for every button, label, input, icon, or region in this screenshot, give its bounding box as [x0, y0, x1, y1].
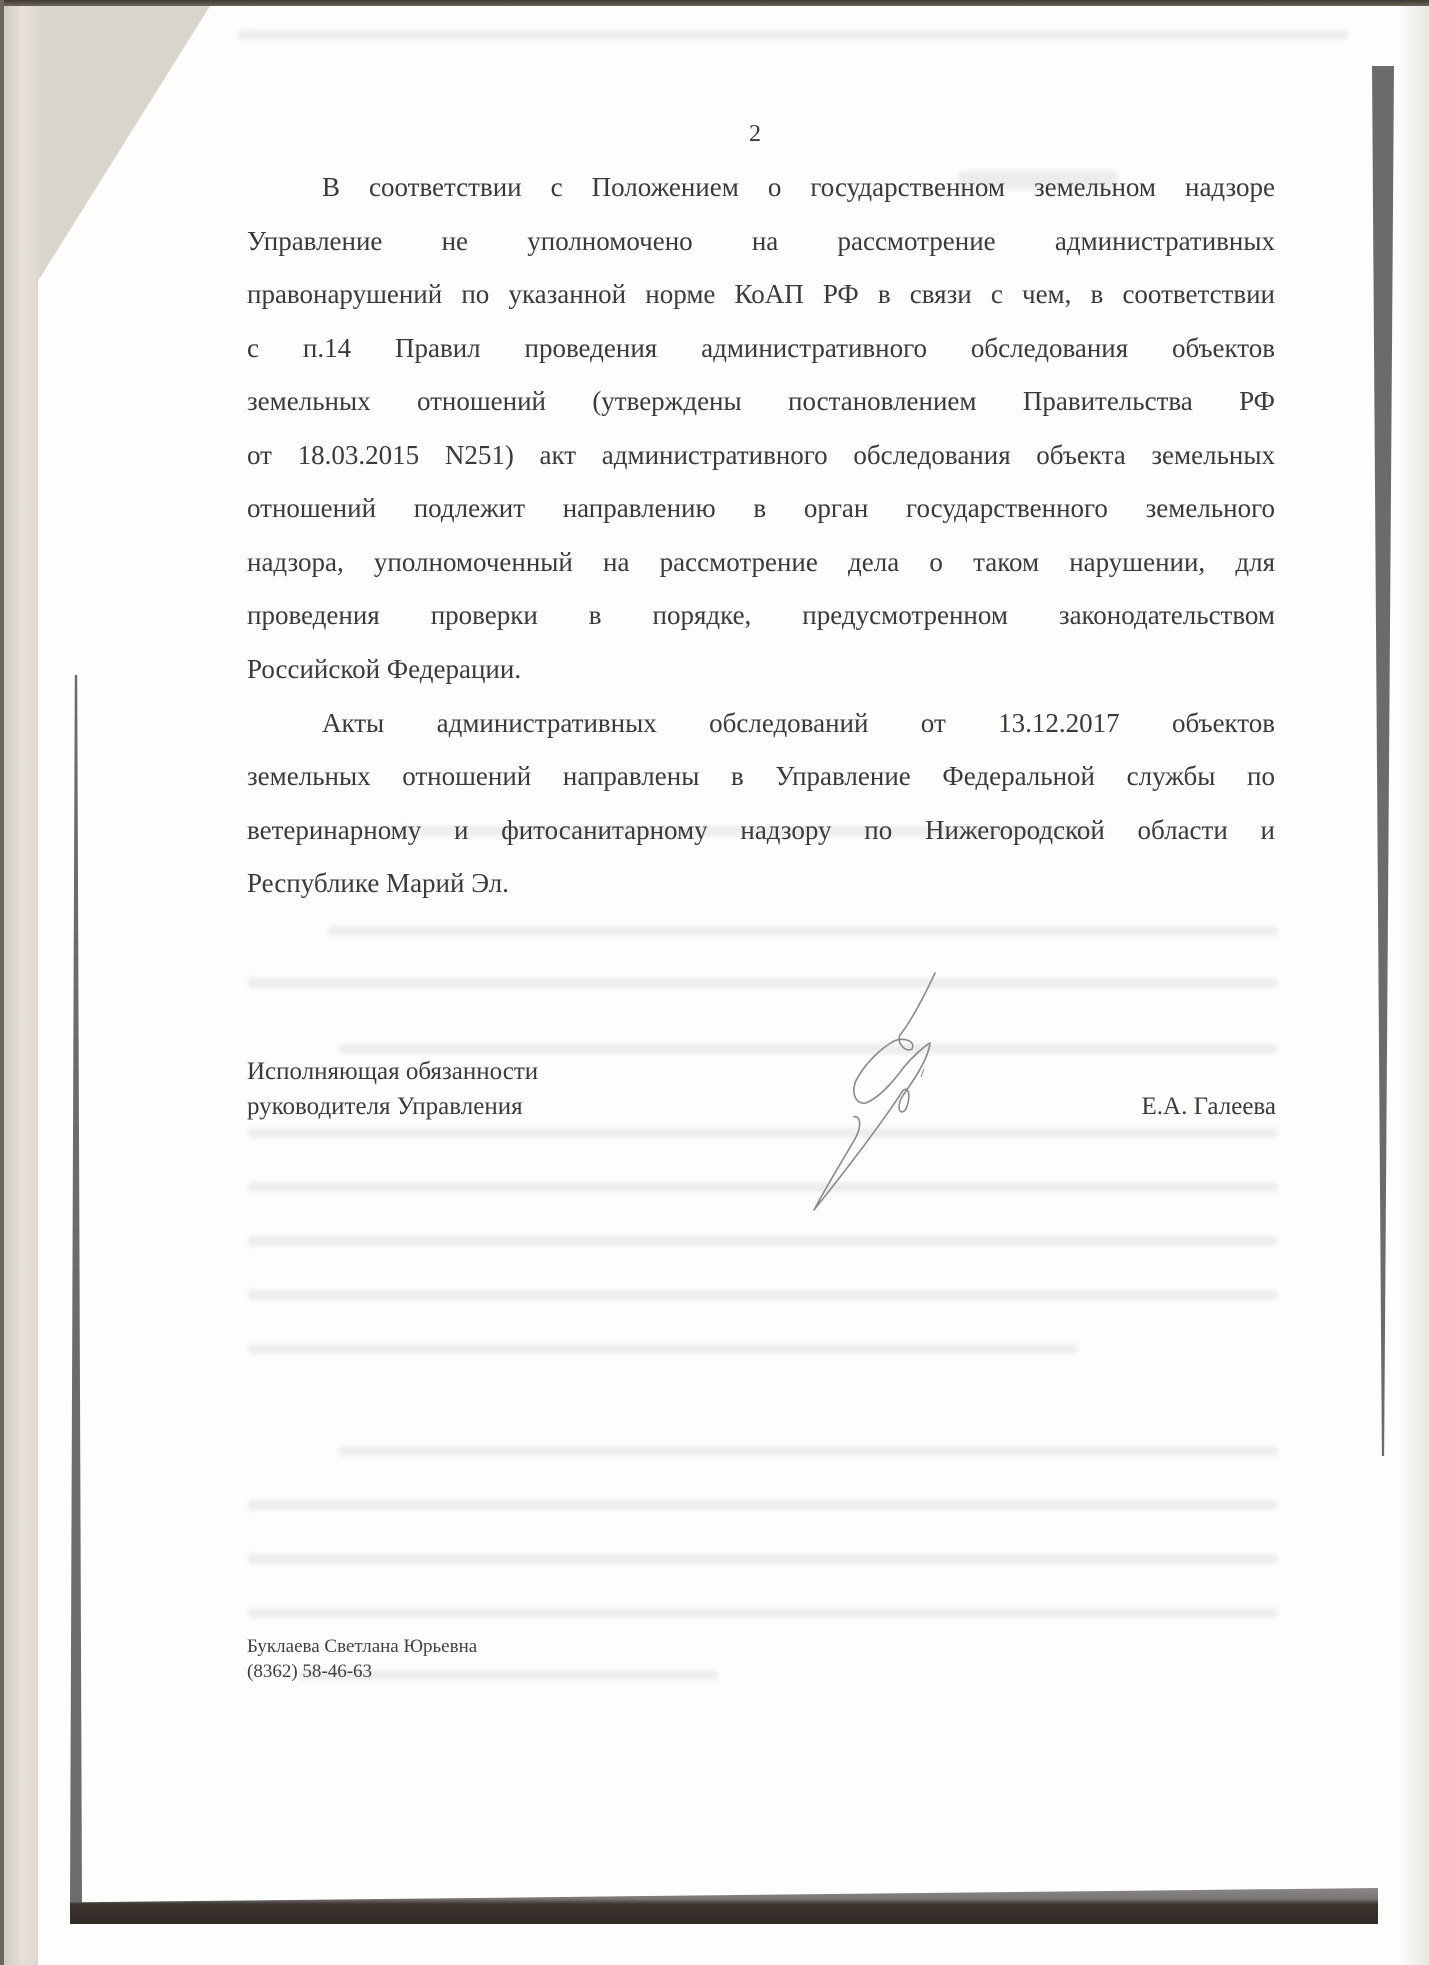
page-number: 2	[749, 121, 761, 148]
paragraph-1-line: отношений подлежит направлению в орган г…	[247, 493, 1275, 523]
bleed-through-mark	[248, 1236, 1278, 1246]
paragraph-1-line: надзора, уполномоченный на рассмотрение …	[247, 547, 1275, 577]
signer-name: Е.А. Галеева	[1130, 1092, 1276, 1122]
bleed-through-mark	[328, 926, 1278, 936]
paragraph-1-line: земельных отношений (утверждены постанов…	[247, 386, 1275, 416]
paragraph-1-line: В соответствии с Положением о государств…	[322, 172, 1275, 202]
bleed-through-mark	[248, 1554, 1278, 1564]
paragraph-1-line: Российской Федерации.	[247, 654, 1275, 684]
paragraph-1-line: проведения проверки в порядке, предусмот…	[247, 600, 1275, 630]
paper-edge-shadow	[1399, 6, 1429, 1965]
scanner-frame-top	[0, 0, 1429, 6]
paragraph-2-line: земельных отношений направлены в Управле…	[247, 761, 1275, 791]
bleed-through-mark	[248, 1500, 1278, 1510]
bleed-through-mark	[248, 1608, 1278, 1618]
bleed-through-mark	[248, 1344, 1078, 1354]
bleed-through-mark	[248, 1128, 1278, 1138]
paragraph-1-line: правонарушений по указанной норме КоАП Р…	[247, 279, 1275, 309]
executor-phone: (8362) 58-46-63	[247, 1660, 372, 1684]
paragraph-1-line: от 18.03.2015 N251) акт административног…	[247, 440, 1275, 470]
executor-name: Буклаева Светлана Юрьевна	[247, 1635, 477, 1659]
bleed-through-mark	[248, 978, 1278, 988]
signer-position-line-1: Исполняющая обязанности	[247, 1057, 538, 1087]
bleed-through-mark	[248, 1182, 1278, 1192]
handwritten-signature	[800, 965, 950, 1215]
paragraph-1-line: Управление не уполномочено на рассмотрен…	[247, 226, 1275, 256]
bleed-through-mark	[248, 1290, 1278, 1300]
paragraph-1-line: с п.14 Правил проведения административно…	[247, 333, 1275, 363]
bleed-through-mark	[238, 30, 1348, 40]
paragraph-2-line: Республике Марий Эл.	[247, 868, 1275, 898]
scanner-background	[4, 6, 40, 1965]
paragraph-2-line: ветеринарному и фитосанитарному надзору …	[247, 815, 1275, 845]
paragraph-2-line: Акты административных обследований от 13…	[322, 708, 1275, 738]
bleed-through-mark	[338, 1446, 1278, 1456]
signer-position-line-2: руководителя Управления	[247, 1092, 523, 1122]
